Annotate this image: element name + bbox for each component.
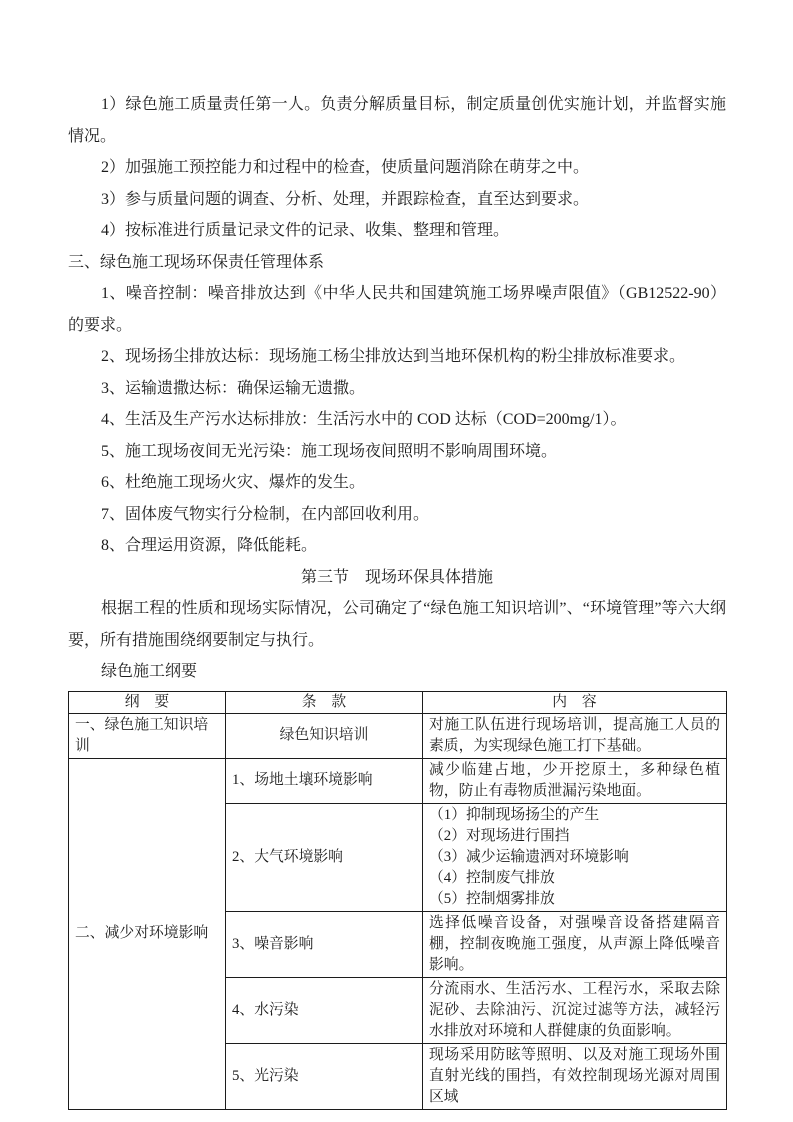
content-cell: 选择低噪音设备，对强噪音设备搭建隔音棚，控制夜晚施工强度，从声源上降低噪音影响。 xyxy=(423,911,727,977)
clause-cell: 2、大气环境影响 xyxy=(226,803,423,911)
quality-item-4: 4）按标准进行质量记录文件的记录、收集、整理和管理。 xyxy=(68,215,726,247)
env-item-5: 5、施工现场夜间无光污染：施工现场夜间照明不影响周围环境。 xyxy=(68,436,726,468)
document-page: 1）绿色施工质量责任第一人。负责分解质量目标，制定质量创优实施计划，并监督实施情… xyxy=(0,0,793,1122)
table-header-row: 纲 要 条 款 内 容 xyxy=(69,691,727,713)
outline-cell: 一、绿色施工知识培训 xyxy=(69,713,226,758)
section-heading-env-responsibility: 三、绿色施工现场环保责任管理体系 xyxy=(68,247,726,279)
table-row-soil-impact: 二、减少对环境影响 1、场地土壤环境影响 减少临建占地，少开挖原土，多种绿色植物… xyxy=(69,758,727,803)
content-cell: （1）抑制现场扬尘的产生 （2）对现场进行围挡 （3）减少运输遗洒对环境影响 （… xyxy=(423,803,727,911)
env-item-2: 2、现场扬尘排放达标：现场施工杨尘排放达到当地环保机构的粉尘排放标准要求。 xyxy=(68,341,726,373)
outline-cell-merged: 二、减少对环境影响 xyxy=(69,758,226,1109)
column-header-clause: 条 款 xyxy=(226,691,423,713)
table-caption: 绿色施工纲要 xyxy=(68,656,726,688)
table-row-knowledge-training: 一、绿色施工知识培训 绿色知识培训 对施工队伍进行现场培训，提高施工人员的素质，… xyxy=(69,713,727,758)
env-item-7: 7、固体废气物实行分检制，在内部回收利用。 xyxy=(68,499,726,531)
content-cell: 对施工队伍进行现场培训，提高施工人员的素质，为实现绿色施工打下基础。 xyxy=(423,713,727,758)
quality-item-1: 1）绿色施工质量责任第一人。负责分解质量目标，制定质量创优实施计划，并监督实施情… xyxy=(68,89,726,152)
content-cell: 分流雨水、生活污水、工程污水，采取去除泥砂、去除油污、沉淀过滤等方法，减轻污水排… xyxy=(423,977,727,1043)
env-item-6: 6、杜绝施工现场火灾、爆炸的发生。 xyxy=(68,467,726,499)
content-cell: 现场采用防眩等照明、以及对施工现场外围直射光线的围挡，有效控制现场光源对周围区域 xyxy=(423,1043,727,1109)
green-construction-outline-table: 纲 要 条 款 内 容 一、绿色施工知识培训 绿色知识培训 对施工队伍进行现场培… xyxy=(68,691,727,1110)
clause-cell: 绿色知识培训 xyxy=(226,713,423,758)
content-cell: 减少临建占地，少开挖原土，多种绿色植物，防止有毒物质泄漏污染地面。 xyxy=(423,758,727,803)
env-item-8: 8、合理运用资源，降低能耗。 xyxy=(68,530,726,562)
quality-item-3: 3）参与质量问题的调查、分析、处理，并跟踪检查，直至达到要求。 xyxy=(68,184,726,216)
column-header-content: 内 容 xyxy=(423,691,727,713)
clause-cell: 1、场地土壤环境影响 xyxy=(226,758,423,803)
clause-cell: 5、光污染 xyxy=(226,1043,423,1109)
env-item-3: 3、运输遗撒达标：确保运输无遗撒。 xyxy=(68,373,726,405)
env-item-1: 1、噪音控制：噪音排放达到《中华人民共和国建筑施工场界噪声限值》（GB12522… xyxy=(68,278,726,341)
clause-cell: 3、噪音影响 xyxy=(226,911,423,977)
intro-paragraph: 根据工程的性质和现场实际情况，公司确定了“绿色施工知识培训”、“环境管理”等六大… xyxy=(68,593,726,656)
column-header-outline: 纲 要 xyxy=(69,691,226,713)
env-item-4: 4、生活及生产污水达标排放：生活污水中的 COD 达标（COD=200mg/1）… xyxy=(68,404,726,436)
section-title: 第三节 现场环保具体措施 xyxy=(68,562,726,594)
clause-cell: 4、水污染 xyxy=(226,977,423,1043)
quality-item-2: 2）加强施工预控能力和过程中的检查，使质量问题消除在萌芽之中。 xyxy=(68,152,726,184)
